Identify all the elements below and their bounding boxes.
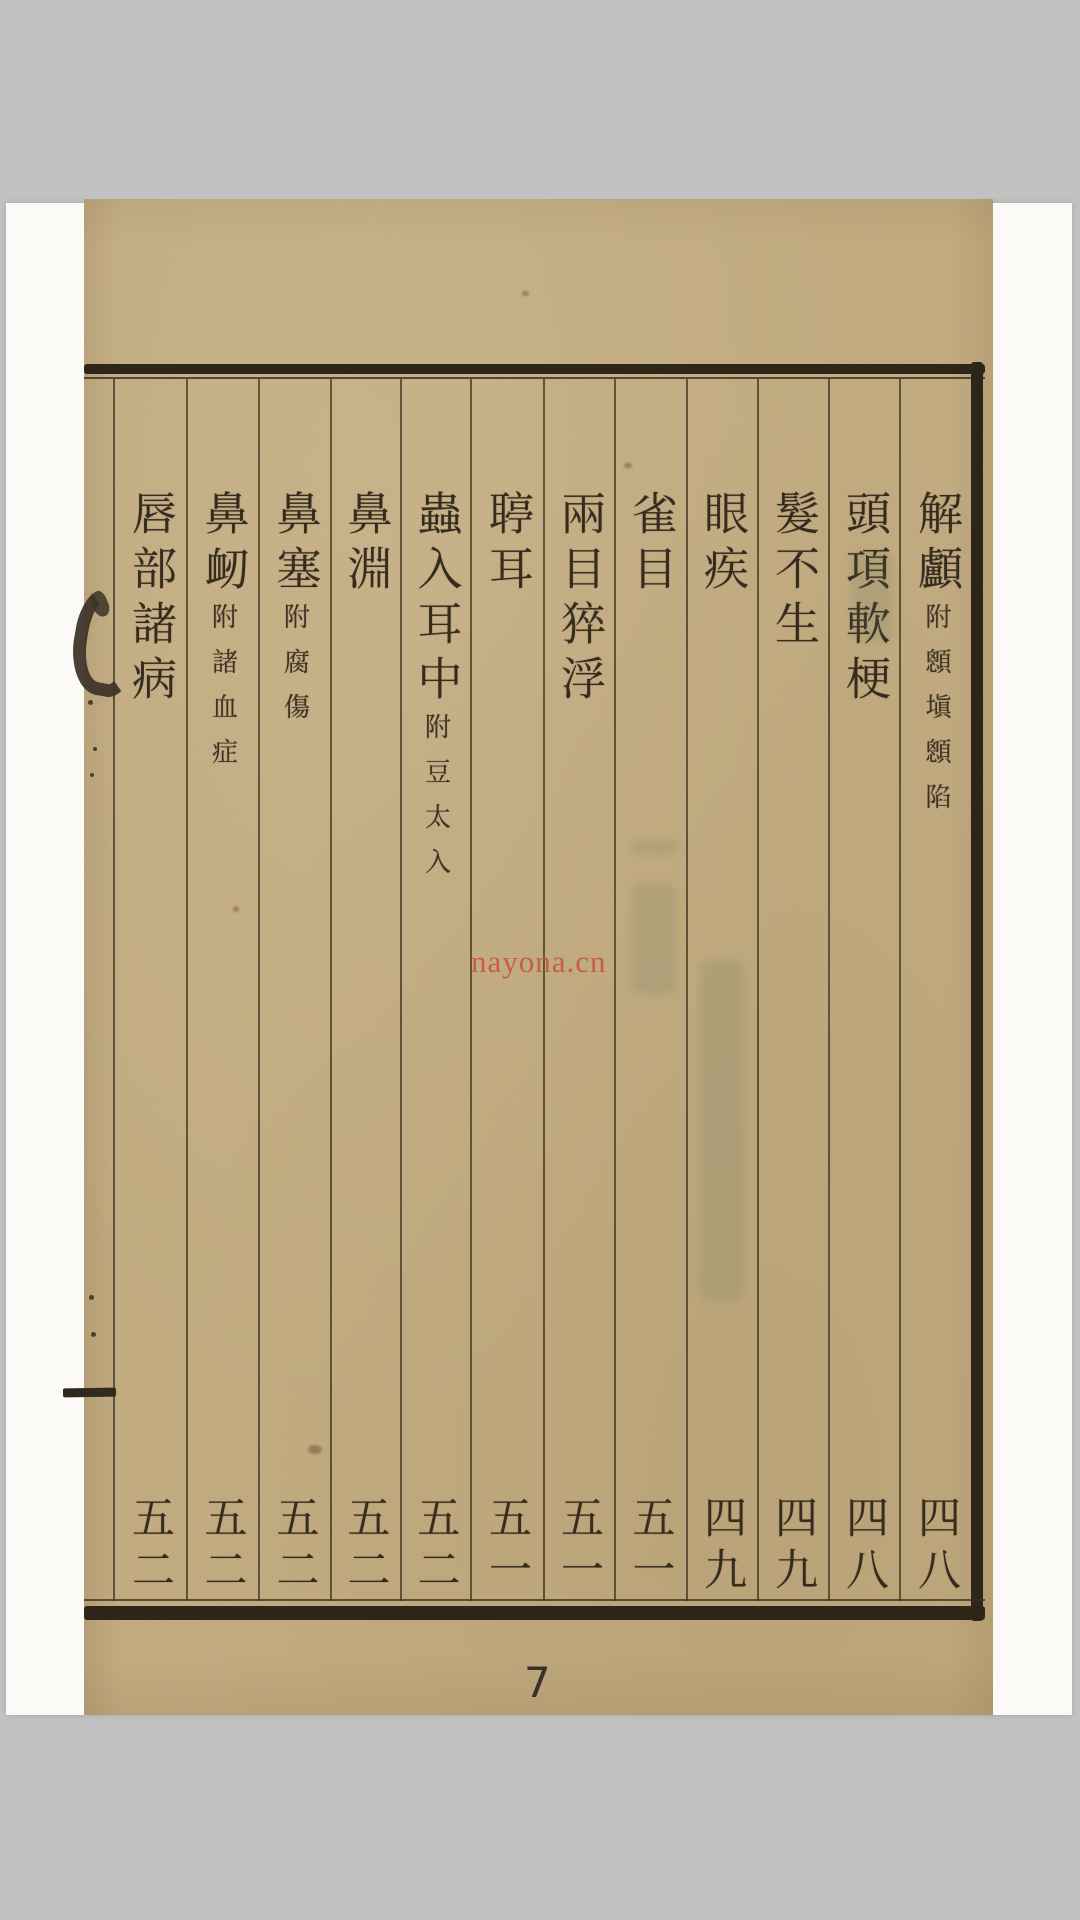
paper-stain xyxy=(233,906,239,912)
toc-column: 蟲入耳中附豆太入 五二 xyxy=(400,379,470,1601)
toc-column: 聤耳 五一 xyxy=(470,379,543,1601)
ink-dot xyxy=(91,1332,96,1337)
folio-number: 7 xyxy=(524,1658,551,1707)
entry-page-number: 五一 xyxy=(557,1495,600,1599)
entry-note: 附豆太入 xyxy=(422,713,451,893)
entry-title: 鼻塞 xyxy=(270,490,320,600)
entry-note: 附諸血症 xyxy=(209,603,238,783)
entry-note: 附顖塡顖陷 xyxy=(922,603,951,828)
ink-dot xyxy=(88,700,93,705)
table-border-bottom xyxy=(84,1606,985,1620)
ink-dot xyxy=(93,747,97,751)
entry-title: 蟲入耳中 xyxy=(411,490,461,710)
entry-title: 髮不生 xyxy=(768,490,818,655)
entry-page-number: 四九 xyxy=(700,1495,743,1599)
bleedthrough-mark xyxy=(632,884,676,994)
bleedthrough-mark xyxy=(700,960,744,1300)
entry-page-number: 五二 xyxy=(273,1495,316,1599)
entry-page-number: 五一 xyxy=(629,1495,672,1599)
entry-title: 鼻淵 xyxy=(341,490,391,600)
entry-title: 聤耳 xyxy=(482,490,532,600)
entry-title: 雀目 xyxy=(626,490,676,600)
entry-title: 鼻衂 xyxy=(198,490,248,600)
entry-page-number: 五二 xyxy=(201,1495,244,1599)
bleedthrough-mark xyxy=(630,840,678,854)
toc-column: 鼻衂附諸血症 五二 xyxy=(186,379,258,1601)
table-border-right xyxy=(971,362,983,1621)
toc-column: 鼻塞附腐傷 五二 xyxy=(258,379,330,1601)
bleedthrough-mark xyxy=(852,552,892,642)
toc-column: 解顱附顖塡顖陷 四八 xyxy=(899,379,972,1601)
entry-page-number: 五二 xyxy=(344,1495,387,1599)
book-page: 解顱附顖塡顖陷 四八 頭項軟梗 四八 髮不生 四九 眼疾 四九 雀目 五一 兩目… xyxy=(84,199,993,1715)
entry-page-number: 五二 xyxy=(414,1495,457,1599)
paper-stain xyxy=(308,1445,322,1454)
ink-dot xyxy=(89,1295,94,1300)
watermark-text: nayona.cn xyxy=(471,944,607,980)
entry-title: 唇部諸病 xyxy=(125,490,175,710)
scan-background: 解顱附顖塡顖陷 四八 頭項軟梗 四八 髮不生 四九 眼疾 四九 雀目 五一 兩目… xyxy=(0,0,1080,1920)
entry-title: 兩目猝浮 xyxy=(554,490,604,710)
ink-dot xyxy=(90,773,94,777)
entry-title: 解顱 xyxy=(911,490,961,600)
toc-column: 鼻淵 五二 xyxy=(330,379,400,1601)
entry-page-number: 四八 xyxy=(914,1495,957,1599)
entry-note: 附腐傷 xyxy=(281,603,310,738)
entry-page-number: 四九 xyxy=(771,1495,814,1599)
toc-column: 髮不生 四九 xyxy=(757,379,828,1601)
ink-dash xyxy=(63,1388,116,1398)
entry-page-number: 四八 xyxy=(842,1495,885,1599)
table-border-top xyxy=(84,364,985,374)
toc-column: 唇部諸病 五二 xyxy=(113,379,186,1601)
toc-column: 兩目猝浮 五一 xyxy=(543,379,614,1601)
paper-stain xyxy=(624,463,632,468)
entry-page-number: 五二 xyxy=(128,1495,171,1599)
entry-title: 眼疾 xyxy=(697,490,747,600)
entry-page-number: 五一 xyxy=(485,1495,528,1599)
paper-stain xyxy=(522,291,529,296)
